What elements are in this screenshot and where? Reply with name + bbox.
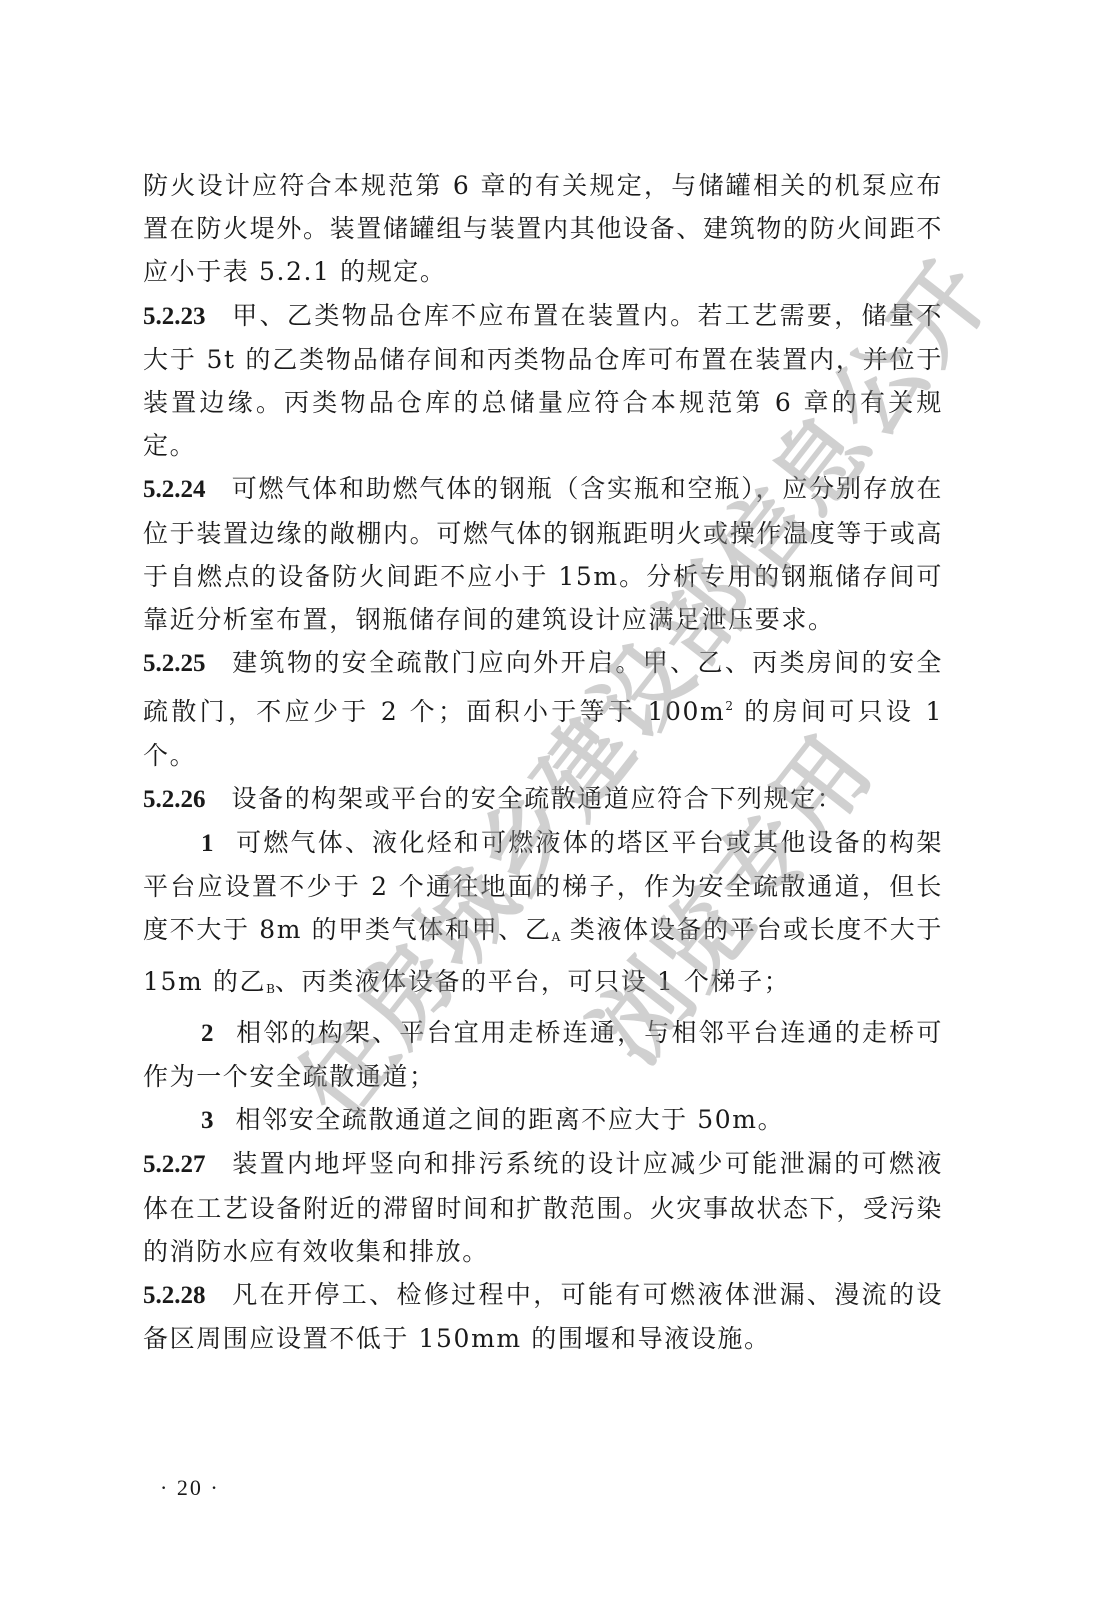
document-body: 防火设计应符合本规范第 6 章的有关规定，与储罐相关的机泵应布置在防火堤外。装置… — [143, 164, 943, 1360]
page-number: · 20 · — [160, 1475, 220, 1501]
subscript: B — [266, 982, 275, 996]
clause-number: 5.2.26 — [143, 786, 206, 813]
clause-number: 5.2.24 — [143, 476, 206, 503]
clause-text: 装置内地坪竖向和排污系统的设计应减少可能泄漏的可燃液体在工艺设备附近的滞留时间和… — [143, 1149, 943, 1265]
clause-5-2-27: 5.2.27装置内地坪竖向和排污系统的设计应减少可能泄漏的可燃液体在工艺设备附近… — [143, 1142, 943, 1273]
clause-number: 5.2.23 — [143, 303, 206, 330]
item-text: 相邻的构架、平台宜用走桥连通，与相邻平台连通的走桥可作为一个安全疏散通道； — [143, 1018, 943, 1091]
clause-text: 可燃气体和助燃气体的钢瓶（含实瓶和空瓶），应分别存放在位于装置边缘的敞棚内。可燃… — [143, 474, 943, 634]
clause-5-2-26-item-3: 3相邻安全疏散通道之间的距离不应大于 50m。 — [143, 1098, 943, 1142]
item-number: 1 — [201, 830, 214, 857]
clause-5-2-24: 5.2.24可燃气体和助燃气体的钢瓶（含实瓶和空瓶），应分别存放在位于装置边缘的… — [143, 467, 943, 641]
clause-5-2-26-item-1: 1可燃气体、液化烃和可燃液体的塔区平台或其他设备的构架平台应设置不少于 2 个通… — [143, 821, 943, 1011]
clause-number: 5.2.25 — [143, 650, 206, 677]
clause-text: 甲、乙类物品仓库不应布置在装置内。若工艺需要，储量不大于 5t 的乙类物品储存间… — [143, 301, 943, 461]
item-number: 3 — [201, 1107, 214, 1134]
clause-number: 5.2.28 — [143, 1282, 206, 1309]
clause-text: 凡在开停工、检修过程中，可能有可燃液体泄漏、漫流的设备区周围应设置不低于 150… — [143, 1280, 943, 1353]
continuation-paragraph: 防火设计应符合本规范第 6 章的有关规定，与储罐相关的机泵应布置在防火堤外。装置… — [143, 164, 943, 294]
clause-5-2-25: 5.2.25建筑物的安全疏散门应向外开启。甲、乙、丙类房间的安全疏散门，不应少于… — [143, 641, 943, 777]
subscript: A — [552, 930, 561, 944]
clause-5-2-26-item-2: 2相邻的构架、平台宜用走桥连通，与相邻平台连通的走桥可作为一个安全疏散通道； — [143, 1011, 943, 1098]
item-text-cont: 、丙类液体设备的平台，可只设 1 个梯子； — [275, 967, 790, 996]
clause-number: 5.2.27 — [143, 1151, 206, 1178]
continuation-text: 防火设计应符合本规范第 6 章的有关规定，与储罐相关的机泵应布置在防火堤外。装置… — [143, 171, 943, 286]
item-text: 相邻安全疏散通道之间的距离不应大于 50m。 — [236, 1105, 785, 1134]
clause-5-2-28: 5.2.28凡在开停工、检修过程中，可能有可燃液体泄漏、漫流的设备区周围应设置不… — [143, 1273, 943, 1360]
clause-5-2-26: 5.2.26设备的构架或平台的安全疏散通道应符合下列规定： — [143, 777, 943, 821]
item-number: 2 — [201, 1020, 214, 1047]
superscript: 2 — [725, 699, 733, 713]
clause-text: 设备的构架或平台的安全疏散通道应符合下列规定： — [232, 784, 844, 813]
document-page: 防火设计应符合本规范第 6 章的有关规定，与储罐相关的机泵应布置在防火堤外。装置… — [0, 0, 1102, 1598]
clause-5-2-23: 5.2.23甲、乙类物品仓库不应布置在装置内。若工艺需要，储量不大于 5t 的乙… — [143, 294, 943, 468]
